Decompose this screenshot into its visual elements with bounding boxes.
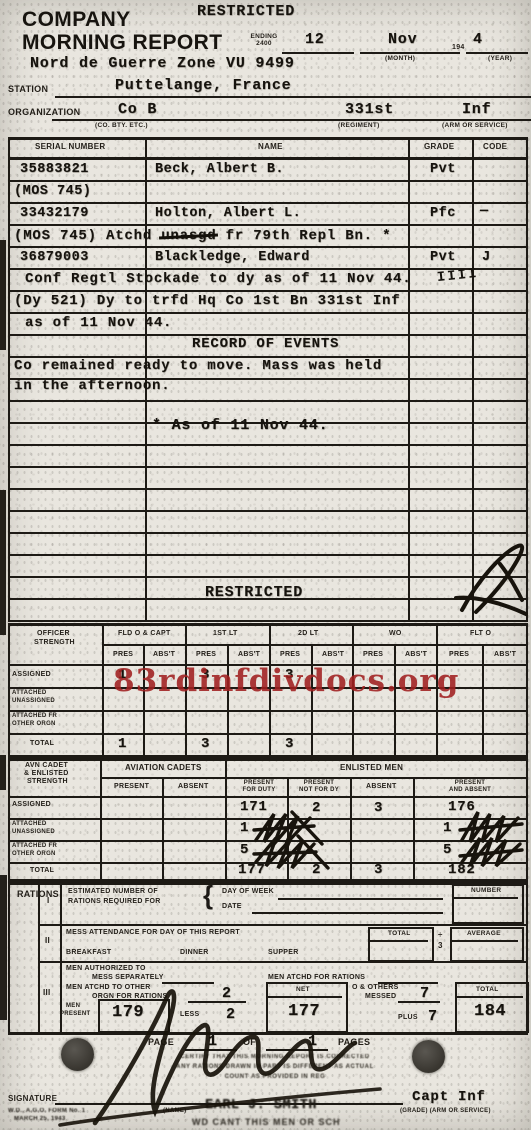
scan-edge — [0, 490, 6, 635]
box-line — [457, 996, 523, 998]
brace-glyph: { — [203, 880, 213, 911]
section-numeral-3: III — [43, 988, 51, 997]
row-label-attached: ATTACHED — [12, 690, 47, 696]
attachment-note: (MOS 745) Atchd unasgd fr 79th Repl Bn. … — [14, 228, 391, 244]
table-border — [526, 623, 528, 757]
box-line — [370, 940, 428, 942]
row-label-total: TOTAL — [30, 740, 54, 747]
table-line — [102, 644, 528, 646]
col-header-name: NAME — [258, 142, 283, 151]
scan-edge — [0, 755, 6, 790]
note-pre: (MOS 745) Atchd — [14, 228, 161, 244]
others-value: 7 — [420, 985, 430, 1002]
punch-hole-right — [412, 1040, 445, 1073]
men-atchd-rations-label: MEN ATCHD FOR RATIONS — [268, 974, 365, 981]
org-company-value: Co B — [118, 101, 157, 118]
grade-value: Pvt — [430, 250, 456, 265]
enlisted-att-other-pres-abs: 5 — [443, 842, 452, 858]
ending-label: ENDING 2400 — [249, 33, 279, 47]
form-title-company: COMPANY — [22, 8, 131, 32]
table-line — [38, 924, 528, 926]
plus-label: PLUS — [398, 1014, 418, 1021]
rule-line — [282, 52, 354, 54]
org-arm-sublabel: (ARM OR SERVICE) — [442, 122, 508, 129]
group-header: 1ST LT — [213, 630, 238, 637]
box-line — [454, 897, 518, 899]
code-value: J — [482, 250, 491, 265]
mess-attendance-label: MESS ATTENDANCE FOR DAY OF THIS REPORT — [66, 929, 240, 936]
table-border — [8, 758, 528, 761]
date-day-value: 12 — [305, 31, 325, 48]
column-line — [482, 644, 484, 757]
watermark: 83rdinfdivdocs.org — [113, 663, 459, 699]
rations-est-label2: RATIONS REQUIRED FOR — [68, 898, 161, 905]
note-post: fr 79th Repl Bn. * — [216, 228, 391, 244]
subcol-present-not-for-dy: PRESENT NOT FOR DY — [296, 780, 342, 794]
average-box-label: AVERAGE — [467, 930, 501, 937]
men-authorized-label2: MESS SEPARATELY — [92, 974, 164, 981]
breakfast-label: BREAKFAST — [66, 949, 111, 956]
section-numeral-1: I — [47, 896, 50, 905]
subcol-pres: PRES — [449, 651, 469, 658]
dinner-label: DINNER — [180, 949, 209, 956]
year-sublabel: (YEAR) — [488, 55, 512, 62]
enlisted-title-line3: STRENGTH — [27, 778, 68, 785]
row-label-other-orgn: OTHER ORGN — [12, 721, 56, 727]
remark-line: (Dy 521) Dy to trfd Hq Co 1st Bn 331st I… — [14, 293, 400, 309]
restricted-stamp-mid: RESTRICTED — [205, 584, 303, 601]
column-line — [350, 777, 352, 881]
subcol-pres: PRES — [113, 651, 133, 658]
subcol-abst: ABS'T — [322, 651, 344, 658]
struck-word: unasgd — [161, 228, 216, 244]
row-label-total: TOTAL — [30, 867, 54, 874]
divide-sign: ÷ — [438, 930, 443, 939]
table-line — [8, 733, 528, 735]
subcol-abst: ABS'T — [405, 651, 427, 658]
table-line — [8, 796, 528, 798]
col-header-code: CODE — [483, 142, 507, 151]
rations-total-value: 184 — [474, 1002, 506, 1021]
subcol-absent: ABSENT — [178, 783, 209, 790]
column-line — [38, 882, 40, 1032]
column-line — [413, 777, 415, 881]
section-numeral-2: II — [45, 936, 50, 945]
day-of-week-label: DAY OF WEEK — [222, 888, 274, 895]
record-of-events-header: RECORD OF EVENTS — [192, 336, 339, 352]
signature-label: SIGNATURE — [8, 1094, 57, 1103]
grade-sublabel: (GRADE) (ARM OR SERVICE) — [400, 1108, 491, 1114]
date-label: DATE — [222, 903, 242, 910]
date-month-value: Nov — [388, 31, 417, 48]
scribble-mark — [252, 834, 342, 870]
divide-three: 3 — [438, 941, 443, 950]
group-header: FLT O — [470, 630, 491, 637]
officer-title-line1: OFFICER — [37, 630, 70, 637]
events-line: Co remained ready to move. Mass was held — [14, 358, 382, 374]
officer-total-1stlt-pres: 3 — [201, 736, 210, 752]
group-header: WO — [389, 630, 402, 637]
group-header-enlisted-men: ENLISTED MEN — [340, 763, 403, 772]
row-label-other-orgn: OTHER ORGN — [12, 851, 56, 857]
column-line — [311, 644, 313, 757]
rule-line — [55, 96, 531, 98]
table-border — [8, 758, 10, 881]
rule-line — [278, 898, 443, 900]
total-box-label: TOTAL — [388, 930, 411, 937]
subcol-pres: PRES — [196, 651, 216, 658]
rule-line — [162, 982, 214, 984]
station-value: Puttelange, France — [115, 77, 291, 94]
table-border — [8, 623, 10, 757]
subcol-pres: PRES — [280, 651, 300, 658]
scribble-mark — [458, 832, 528, 870]
table-line — [8, 710, 528, 712]
supper-label: SUPPER — [268, 949, 299, 956]
rations-total-label: TOTAL — [476, 986, 499, 993]
enlisted-att-other-pres-duty: 5 — [240, 842, 249, 858]
subcol-absent: ABSENT — [366, 783, 397, 790]
row-label-unassigned: UNASSIGNED — [12, 698, 55, 704]
subcol-abst: ABS'T — [238, 651, 260, 658]
plus-value: 7 — [428, 1008, 438, 1025]
table-border — [8, 623, 528, 626]
subcol-present: PRESENT — [114, 783, 149, 790]
org-regiment-sublabel: (REGIMENT) — [338, 122, 380, 129]
table-border — [8, 137, 528, 140]
group-header: 2D LT — [298, 630, 318, 637]
subcol-line2: NOT FOR DY — [299, 787, 339, 793]
column-line — [227, 644, 229, 757]
rule-line — [360, 52, 460, 54]
soldier-name: Blackledge, Edward — [155, 250, 310, 265]
events-line: in the afternoon. — [14, 378, 170, 394]
row-label-attached: ATTACHED — [12, 821, 47, 827]
handwritten-mark — [448, 540, 531, 620]
number-box-label: NUMBER — [471, 887, 501, 894]
enlisted-total-absent: 3 — [374, 862, 383, 878]
org-company-sublabel: (CO. BTY. ETC.) — [95, 122, 148, 129]
column-line — [143, 644, 145, 757]
rule-line — [52, 119, 531, 121]
col-header-grade: GRADE — [424, 142, 454, 151]
date-year-value: 4 — [473, 31, 483, 48]
grade-value: Pvt — [430, 162, 456, 177]
enlisted-att-unasg-pres-duty: 1 — [240, 820, 249, 836]
soldier-name: Beck, Albert B. — [155, 162, 284, 177]
subcol-line2: FOR DUTY — [242, 787, 275, 793]
station-label: STATION — [8, 84, 48, 94]
column-line — [100, 758, 102, 881]
rations-est-label1: ESTIMATED NUMBER OF — [68, 888, 158, 895]
rule-line — [252, 912, 443, 914]
remark-line: as of 11 Nov 44. — [25, 315, 172, 331]
handwritten-signature — [55, 985, 385, 1130]
org-arm-value: Inf — [462, 101, 491, 118]
enlisted-title-line1: AVN CADET — [25, 762, 68, 769]
mos-note: (MOS 745) — [14, 184, 91, 199]
group-header: FLD O & CAPT — [118, 630, 171, 637]
organization-label: ORGANIZATION — [8, 107, 80, 117]
men-authorized-label1: MEN AUTHORIZED TO — [66, 965, 146, 972]
serial-number: 33432179 — [20, 206, 89, 221]
org-regiment-value: 331st — [345, 101, 394, 118]
column-line — [394, 644, 396, 757]
officer-title-line2: STRENGTH — [34, 639, 75, 646]
table-border — [8, 882, 528, 885]
subcol-present-for-duty: PRESENT FOR DUTY — [237, 780, 281, 794]
table-border — [8, 882, 10, 1032]
rule-line — [398, 1001, 440, 1003]
subcol-line1: PRESENT — [304, 780, 334, 786]
form-title-morning-report: MORNING REPORT — [22, 31, 222, 55]
rations-vertical-label: RATIONS — [17, 886, 28, 903]
col-header-serial: SERIAL NUMBER — [35, 142, 105, 151]
enlisted-att-unasg-pres-abs: 1 — [443, 820, 452, 836]
grade-entry: Capt Inf — [412, 1089, 486, 1105]
ending-line1: ENDING — [250, 33, 277, 40]
column-line — [102, 623, 104, 757]
officer-total-2dlt-pres: 3 — [285, 736, 294, 752]
enlisted-title-line2: & ENLISTED — [24, 770, 69, 777]
subcol-pres: PRES — [363, 651, 383, 658]
subcol-line1: PRESENT — [244, 780, 274, 786]
row-label-assigned: ASSIGNED — [12, 671, 51, 678]
subcol-line1: PRESENT — [455, 780, 485, 786]
scan-edge — [0, 240, 6, 350]
subcol-present-and-absent: PRESENT AND ABSENT — [445, 780, 495, 794]
scan-edge — [0, 875, 7, 1020]
soldier-name: Holton, Albert L. — [155, 206, 301, 221]
row-label-attached-fr: ATTACHED FR — [12, 843, 57, 849]
code-value: — — [480, 204, 489, 219]
box-line — [452, 940, 518, 942]
rule-line — [466, 52, 528, 54]
column-line — [162, 777, 164, 881]
group-header-aviation-cadets: AVIATION CADETS — [125, 763, 202, 772]
serial-number: 35883821 — [20, 162, 89, 177]
row-label-assigned: ASSIGNED — [12, 801, 51, 808]
table-line — [100, 777, 528, 779]
footnote-line: * As of 11 Nov 44. — [152, 417, 328, 434]
year-prefix: 194 — [452, 44, 465, 51]
enlisted-assigned-absent: 3 — [374, 800, 383, 816]
grade-value: Pfc — [430, 206, 456, 221]
subcol-abst: ABS'T — [153, 651, 175, 658]
officer-total-fldo-pres: 1 — [118, 736, 127, 752]
row-label-attached-fr: ATTACHED FR — [12, 713, 57, 719]
remark-line: Conf Regtl Stockade to dy as of 11 Nov 4… — [25, 271, 411, 287]
subcol-abst: ABS'T — [494, 651, 516, 658]
morning-report-document: RESTRICTED COMPANY MORNING REPORT ENDING… — [0, 0, 531, 1130]
column-line — [225, 758, 227, 881]
row-label-unassigned: UNASSIGNED — [12, 829, 55, 835]
ending-line2: 2400 — [256, 40, 272, 47]
zone-entry: Nord de Guerre Zone VU 9499 — [30, 55, 295, 72]
subcol-line2: AND ABSENT — [449, 787, 491, 793]
restricted-stamp-top: RESTRICTED — [197, 3, 295, 20]
serial-number: 36879003 — [20, 250, 89, 265]
month-sublabel: (MONTH) — [385, 55, 415, 62]
